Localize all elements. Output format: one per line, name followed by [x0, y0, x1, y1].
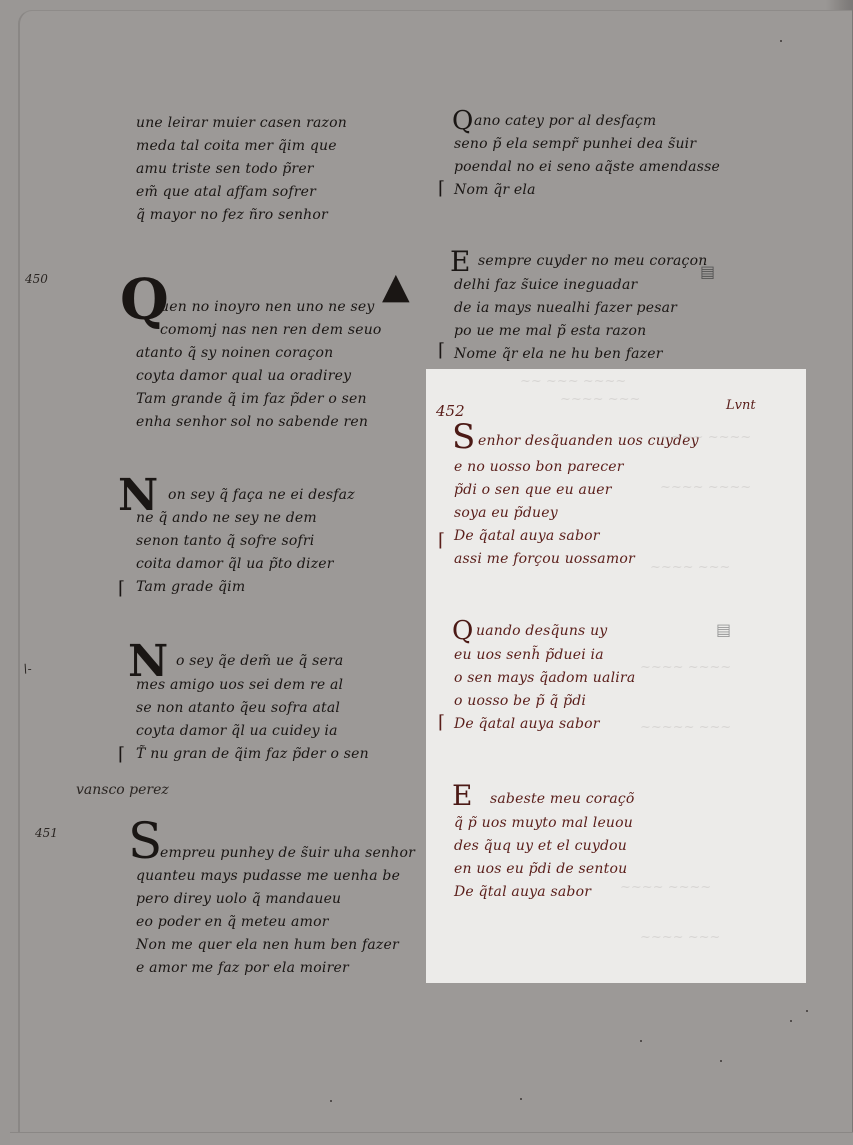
- verse-line: comomj nas nen ren dem seuo: [160, 319, 382, 342]
- verse-line: o uosso be p̃ q̃ p̃di: [454, 690, 635, 713]
- verse-line: e no uosso bon parecer: [454, 456, 635, 479]
- decorated-initial-e: E: [450, 248, 470, 276]
- decorated-initial-s: S: [452, 420, 475, 454]
- poem-452-first-line: enhor desq̃uanden uos cuydey: [478, 430, 699, 453]
- verse-line: po ue me mal p̃ esta razon: [454, 320, 677, 343]
- refrain-bracket: ⌈: [438, 340, 445, 361]
- verse-line: Tam grade q̃im: [136, 576, 334, 599]
- verse-line: une leirar muier casen razon: [136, 112, 347, 135]
- verse-line: mes amigo uos sei dem re al: [136, 674, 369, 697]
- verse-line: meda tal coita mer q̃im que: [136, 135, 347, 158]
- poem-number-450: 450: [25, 272, 48, 286]
- bleed-through-text: ~~~~ ~~~~: [640, 660, 731, 675]
- stanza-q-first-line: uando desq̃uns uy: [476, 620, 607, 643]
- poem-450-body: atanto q̃ sy noinen coraçon coyta damor …: [136, 342, 368, 434]
- right-stanza-e-body: delhi faz s̃uice ineguadar de ia mays nu…: [454, 274, 677, 366]
- verse-line: q̃ mayor no fez ñro senhor: [136, 204, 347, 227]
- decorated-initial-q: Q: [452, 618, 473, 644]
- paper-speck: [640, 1040, 642, 1042]
- left-stanza-top: une leirar muier casen razon meda tal co…: [136, 112, 347, 227]
- paper-speck: [720, 1060, 722, 1062]
- right-stanza-e-first-line: sempre cuyder no meu coraçon: [478, 250, 707, 273]
- verse-line: q̃ p̃ uos muyto mal leuou: [454, 812, 633, 835]
- margin-mark: ∖-: [20, 662, 32, 676]
- right-stanza-top-first-line: ano catey por al desfaçm: [474, 110, 656, 133]
- poem-452-body: e no uosso bon parecer p̃di o sen que eu…: [454, 456, 635, 571]
- margin-sketch-mark: ▤: [716, 620, 731, 639]
- verse-line: ano catey por al desfaçm: [474, 110, 656, 133]
- verse-line: uen no inoyro nen uno ne sey: [160, 296, 382, 319]
- verse-line: De q̃atal auya sabor: [454, 525, 635, 548]
- verse-line: o sey q̃e dem̃ ue q̃ sera: [176, 650, 343, 673]
- stanza-n1-first-line: on sey q̃ faça ne ei desfaz: [168, 484, 355, 507]
- bleed-through-text: ~~~~~ ~~~: [640, 720, 731, 735]
- verse-line: Tam grande q̃ im faz p̃der o sen: [136, 388, 368, 411]
- bleed-through-text: ~~~~ ~~~: [640, 930, 720, 945]
- verse-line: on sey q̃ faça ne ei desfaz: [168, 484, 355, 507]
- verse-line: uando desq̃uns uy: [476, 620, 607, 643]
- verse-line: Nome q̃r ela ne hu ben fazer: [454, 343, 677, 366]
- verse-line: De q̃atal auya sabor: [454, 713, 635, 736]
- poem-451-body: quanteu mays pudasse me uenha be pero di…: [136, 865, 400, 980]
- refrain-bracket: ⌈: [118, 744, 125, 765]
- verse-line: enha senhor sol no sabende ren: [136, 411, 368, 434]
- verse-line: coyta damor q̃l ua cuidey ia: [136, 720, 369, 743]
- verse-line: quanteu mays pudasse me uenha be: [136, 865, 400, 888]
- poem-number-451: 451: [35, 826, 58, 840]
- verse-line: o sen mays q̃adom ualira: [454, 667, 635, 690]
- stanza-e-first-line: sabeste meu coraçõ: [490, 788, 635, 811]
- verse-line: Non me quer ela nen hum ben fazer: [136, 934, 400, 957]
- paper-speck: [330, 1100, 332, 1102]
- verse-line: T̃ nu gran de q̃im faz p̃der o sen: [136, 743, 369, 766]
- verse-line: atanto q̃ sy noinen coraçon: [136, 342, 368, 365]
- verse-line: seno p̃ ela sempr̃ punhei dea s̃uir: [454, 133, 720, 156]
- poem-450-first-line: uen no inoyro nen uno ne sey comomj nas …: [160, 296, 382, 342]
- refrain-bracket: ⌈: [438, 178, 445, 199]
- verse-line: coyta damor qual ua oradirey: [136, 365, 368, 388]
- decorated-initial-margin: ▲: [382, 268, 410, 304]
- bleed-through-text: ~~~~ ~~~: [560, 392, 640, 407]
- decorated-initial-s: S: [128, 816, 162, 866]
- page-bottom-edge: [10, 1132, 853, 1145]
- verse-line: des q̃uq uy et el cuydou: [454, 835, 633, 858]
- verse-line: em̃ que atal affam sofrer: [136, 181, 347, 204]
- verse-line: eu uos senh̃ p̃duei ia: [454, 644, 635, 667]
- bleed-through-text: ~~~~ ~~~~: [620, 880, 711, 895]
- right-stanza-top-body: seno p̃ ela sempr̃ punhei dea s̃uir poen…: [454, 133, 720, 202]
- verse-line: p̃di o sen que eu auer: [454, 479, 635, 502]
- verse-line: coita damor q̃l ua p̃to dizer: [136, 553, 334, 576]
- refrain-bracket: ⌈: [438, 712, 445, 733]
- verse-line: empreu punhey de s̃uir uha senhor: [160, 842, 415, 865]
- poem-451-first-line: empreu punhey de s̃uir uha senhor: [160, 842, 415, 865]
- refrain-bracket: ⌈: [438, 530, 445, 551]
- verse-line: amu triste sen todo p̃rer: [136, 158, 347, 181]
- verse-line: senon tanto q̃ sofre sofri: [136, 530, 334, 553]
- paper-speck: [520, 1098, 522, 1100]
- verse-line: Nom q̃r ela: [454, 179, 720, 202]
- bleed-through-text: ~~~~ ~~~~: [660, 480, 751, 495]
- refrain-bracket: ⌈: [118, 578, 125, 599]
- bleed-through-text: ~~~~ ~~~: [650, 560, 730, 575]
- verse-line: e amor me faz por ela moirer: [136, 957, 400, 980]
- decorated-initial-q: Q: [452, 108, 473, 134]
- paper-speck: [806, 1010, 808, 1012]
- verse-line: enhor desq̃uanden uos cuydey: [478, 430, 699, 453]
- margin-note-right: Lvnt: [726, 398, 756, 413]
- verse-line: ne q̃ ando ne sey ne dem: [136, 507, 334, 530]
- paper-speck: [780, 40, 782, 42]
- stanza-e-body: q̃ p̃ uos muyto mal leuou des q̃uq uy et…: [454, 812, 633, 904]
- verse-line: assi me forçou uossamor: [454, 548, 635, 571]
- stanza-n2-body: mes amigo uos sei dem re al se non atant…: [136, 674, 369, 766]
- verse-line: eo poder en q̃ meteu amor: [136, 911, 400, 934]
- margin-sketch-mark: ▤: [700, 262, 715, 281]
- verse-line: pero direy uolo q̃ mandaueu: [136, 888, 400, 911]
- stanza-n1-body: ne q̃ ando ne sey ne dem senon tanto q̃ …: [136, 507, 334, 599]
- verse-line: delhi faz s̃uice ineguadar: [454, 274, 677, 297]
- verse-line: soya eu p̃duey: [454, 502, 635, 525]
- stanza-n2-first-line: o sey q̃e dem̃ ue q̃ sera: [176, 650, 343, 673]
- verse-line: se non atanto q̃eu sofra atal: [136, 697, 369, 720]
- verse-line: poendal no ei seno aq̃ste amendasse: [454, 156, 720, 179]
- stanza-q-body: eu uos senh̃ p̃duei ia o sen mays q̃adom…: [454, 644, 635, 736]
- verse-line: de ia mays nuealhi fazer pesar: [454, 297, 677, 320]
- verse-line: sempre cuyder no meu coraçon: [478, 250, 707, 273]
- verse-line: en uos eu p̃di de sentou: [454, 858, 633, 881]
- bleed-through-text: ~~ ~~~ ~~~~: [520, 374, 626, 389]
- paper-speck: [790, 1020, 792, 1022]
- verse-line: sabeste meu coraçõ: [490, 788, 635, 811]
- decorated-initial-e: E: [452, 782, 472, 810]
- author-attribution: vansco perez: [76, 782, 169, 798]
- verse-line: De q̃tal auya sabor: [454, 881, 633, 904]
